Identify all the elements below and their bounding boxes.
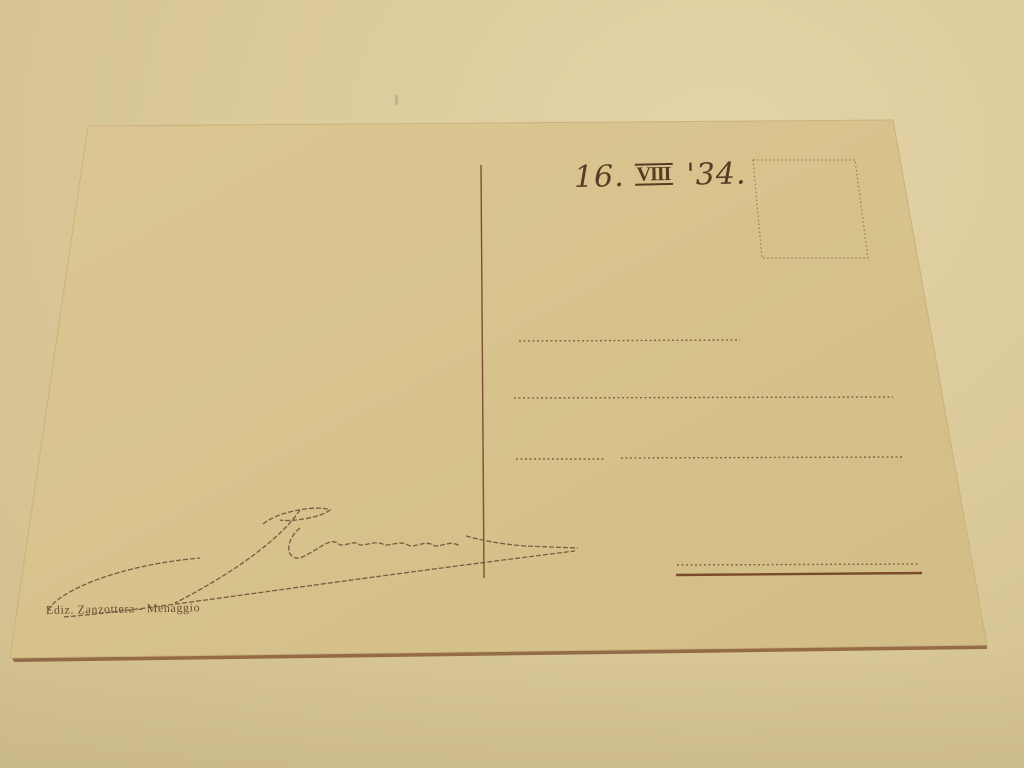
date-month: VIII [634,163,672,186]
handwritten-date: 16.VIII'34. [574,156,747,195]
publisher-imprint: Ediz. Zanzottera - Menaggio [46,600,200,618]
date-year: '34. [686,156,747,192]
date-day: 16. [574,159,625,195]
postcard-scene [0,0,1024,768]
postcard [10,120,987,658]
